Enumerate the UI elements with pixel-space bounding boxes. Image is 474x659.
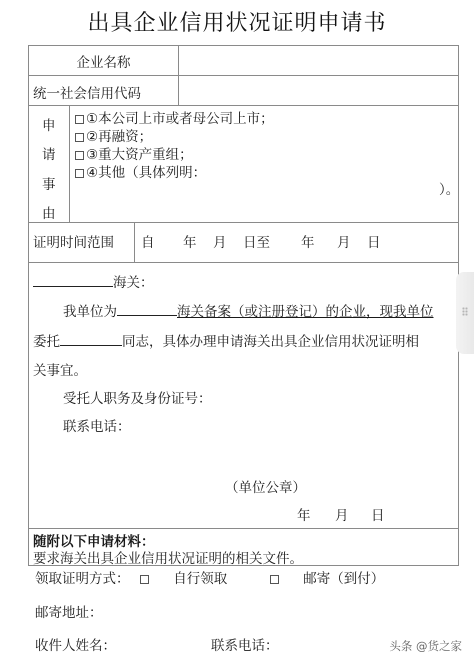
reason-option-2[interactable]: ②再融资；	[75, 125, 152, 145]
checkbox[interactable]	[75, 115, 84, 124]
recipient-phone-label: 联系电话：	[211, 634, 279, 654]
reasons-list: ①本公司上市或者母公司上市； ②再融资； ③重大资产重组； ④其他（具体列明： …	[75, 106, 458, 222]
reason-label-char: 请	[42, 143, 56, 163]
reason-option-3[interactable]: ③重大资产重组；	[75, 143, 193, 163]
company-seal-label: （单位公章）	[225, 476, 306, 496]
attachments-row: 随附以下申请材料： 要求海关出具企业信用状况证明的相关文件。	[28, 529, 459, 566]
agent-name-blank[interactable]	[60, 331, 122, 346]
letter-line-2: 委托同志，具体办理申请海关出具企业信用状况证明相	[33, 330, 419, 350]
customs-registration-blank[interactable]	[117, 301, 177, 316]
document-title: 出具企业信用状况证明申请书	[0, 6, 474, 37]
credit-code-label: 统一社会信用代码	[33, 76, 178, 105]
reasons-label: 申 请 事 由	[29, 106, 69, 222]
credit-code-field[interactable]	[179, 76, 458, 105]
checkbox[interactable]	[270, 575, 279, 584]
customs-name-blank[interactable]	[33, 272, 113, 287]
letter-line-3: 关事宜。	[33, 359, 87, 379]
pickup-mail-option[interactable]: 邮寄（到付）	[270, 567, 384, 587]
recipient-name-label: 收件人姓名：	[35, 634, 116, 654]
customs-line: 海关：	[33, 271, 154, 291]
attachments-text: 要求海关出具企业信用状况证明的相关文件。	[33, 547, 303, 567]
company-name-row: 企业名称	[28, 45, 459, 76]
checkbox[interactable]	[75, 151, 84, 160]
reason-label-char: 申	[42, 114, 56, 134]
reason-label-char: 由	[42, 202, 56, 222]
checkbox[interactable]	[140, 575, 149, 584]
pickup-self-option[interactable]: 自行领取	[140, 567, 227, 587]
date-range-row: 证明时间范围 自 年 月 日至 年 月 日	[28, 223, 459, 263]
agent-id-label: 受托人职务及身份证号：	[63, 387, 212, 407]
reason-label-char: 事	[42, 173, 56, 193]
reason-option-4[interactable]: ④其他（具体列明：	[75, 161, 206, 181]
company-name-field[interactable]	[179, 46, 458, 75]
mail-address-label: 邮寄地址：	[35, 601, 103, 621]
sign-day: 日	[371, 504, 385, 524]
credit-code-row: 统一社会信用代码	[28, 76, 459, 106]
watermark: 头条 @货之家	[389, 638, 462, 654]
company-name-label: 企业名称	[29, 46, 178, 75]
letter-body: 海关： 我单位为海关备案（或注册登记）的企业，现我单位 委托同志，具体办理申请海…	[28, 263, 459, 529]
agent-phone-label: 联系电话：	[63, 415, 131, 435]
date-range-label: 证明时间范围	[33, 223, 137, 262]
sign-month: 月	[335, 504, 349, 524]
side-drag-handle[interactable]	[456, 272, 474, 354]
checkbox[interactable]	[75, 169, 84, 178]
reason-close-paren: ）。	[439, 178, 459, 198]
reasons-row: 申 请 事 由 ①本公司上市或者母公司上市； ②再融资； ③重大资产重组； ④其…	[28, 106, 459, 223]
sign-year: 年	[297, 504, 311, 524]
divider	[69, 106, 70, 222]
reason-option-1[interactable]: ①本公司上市或者母公司上市；	[75, 107, 274, 127]
date-range-field[interactable]: 自 年 月 日至 年 月 日	[135, 223, 458, 262]
pickup-method-label: 领取证明方式：	[35, 567, 130, 587]
checkbox[interactable]	[75, 133, 84, 142]
letter-line-1: 我单位为海关备案（或注册登记）的企业，现我单位	[63, 300, 434, 320]
grip-icon	[462, 307, 468, 316]
